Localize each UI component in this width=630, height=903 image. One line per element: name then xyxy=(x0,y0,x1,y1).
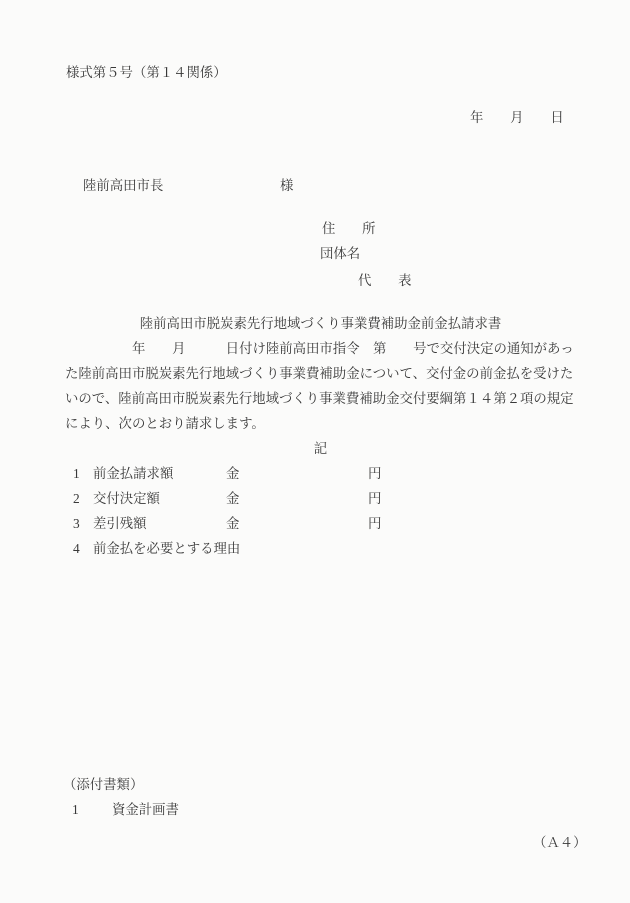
body-line-4: により、次のとおり請求します。 xyxy=(65,414,265,433)
item-currency-suffix: 円 xyxy=(368,464,381,483)
item-currency-suffix: 円 xyxy=(368,489,381,508)
body-line-2: た陸前高田市脱炭素先行地域づくり事業費補助金について、交付金の前金払を受けた xyxy=(65,364,573,383)
sender-address-label: 住 所 xyxy=(322,219,376,238)
attachment-item-row: 1 資金計画書 xyxy=(0,800,630,819)
ki-heading: 記 xyxy=(65,439,576,458)
document-title: 陸前高田市脱炭素先行地域づくり事業費補助金前金払請求書 xyxy=(65,314,576,333)
attachments-heading: （添付書類） xyxy=(63,775,143,794)
body-line-3: いので、陸前高田市脱炭素先行地域づくり事業費補助金交付要綱第１４第２項の規定 xyxy=(65,389,574,408)
document-page: 様式第５号（第１４関係） 年 月 日 陸前高田市長 様 住 所 団体名 代 表 … xyxy=(0,0,630,903)
attachment-number: 1 xyxy=(72,800,79,819)
item-label: 前金払請求額 xyxy=(93,464,173,483)
item-currency-prefix: 金 xyxy=(226,464,239,483)
form-number: 様式第５号（第１４関係） xyxy=(66,63,227,82)
item-label: 前金払を必要とする理由 xyxy=(93,539,240,558)
item-number: 2 xyxy=(73,489,80,508)
item-currency-prefix: 金 xyxy=(226,514,239,533)
paper-size-label: （Ａ４） xyxy=(533,833,587,852)
item-number: 4 xyxy=(73,539,80,558)
date-line: 年 月 日 xyxy=(470,108,564,127)
attachment-label: 資金計画書 xyxy=(112,800,179,819)
item-currency-prefix: 金 xyxy=(226,489,239,508)
item-currency-suffix: 円 xyxy=(368,514,381,533)
item-number: 3 xyxy=(73,514,80,533)
item-label: 差引残額 xyxy=(93,514,147,533)
item-label: 交付決定額 xyxy=(93,489,160,508)
addressee-name: 陸前高田市長 xyxy=(83,176,163,195)
claim-item-row-1: 1 前金払請求額 金 円 xyxy=(0,464,630,483)
addressee-row: 陸前高田市長 様 xyxy=(0,176,630,195)
item-number: 1 xyxy=(73,464,80,483)
claim-item-row-3: 3 差引残額 金 円 xyxy=(0,514,630,533)
sender-representative-label: 代 表 xyxy=(358,271,412,290)
sender-organization-label: 団体名 xyxy=(320,244,360,263)
claim-item-row-4: 4 前金払を必要とする理由 xyxy=(0,539,630,558)
body-line-1: 年 月 日付け陸前高田市指令 第 号で交付決定の通知があっ xyxy=(65,339,574,358)
claim-item-row-2: 2 交付決定額 金 円 xyxy=(0,489,630,508)
addressee-honorific: 様 xyxy=(280,176,293,195)
